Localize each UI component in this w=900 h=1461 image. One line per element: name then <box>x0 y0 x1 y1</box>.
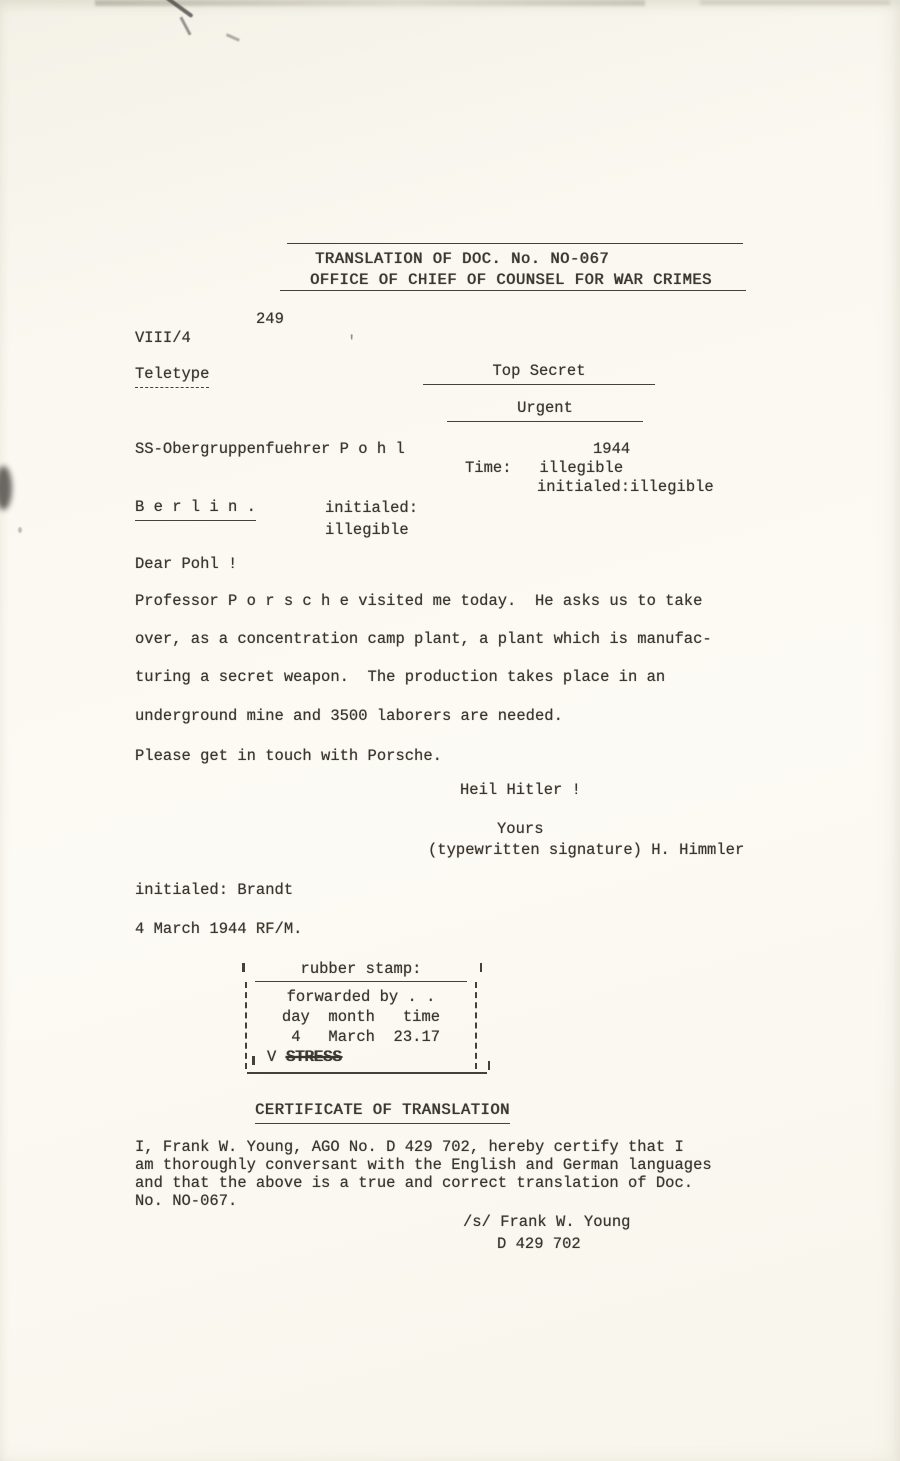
initialed-mid-label: initialed: <box>325 499 418 518</box>
stamp-values: 4 March 23.17 <box>247 1027 475 1047</box>
stamp-overstruck-word: STRESS <box>286 1048 342 1066</box>
header-doc-number: TRANSLATION OF DOC. No. NO-067 <box>315 250 609 269</box>
stamp-columns: day month time <box>247 1007 475 1027</box>
initialed-brandt: initialed: Brandt <box>135 881 293 900</box>
pencil-mark <box>179 16 191 35</box>
recipient: SS-Obergruppenfuehrer P o h l <box>135 440 405 459</box>
salutation: Dear Pohl ! <box>135 555 237 574</box>
time-line: Time: illegible <box>465 459 623 478</box>
body-line: underground mine and 3500 laborers are n… <box>135 707 563 726</box>
header-rule-top <box>287 243 743 244</box>
scanned-document-page: TRANSLATION OF DOC. No. NO-067 OFFICE OF… <box>0 0 900 1461</box>
typed-signature: (typewritten signature) H. Himmler <box>428 841 744 860</box>
stamp-overstruck-prefix: V <box>267 1048 286 1066</box>
priority-urgent: Urgent <box>447 399 643 422</box>
closing-line: Heil Hitler ! <box>460 781 581 800</box>
body-line: turing a secret weapon. The production t… <box>135 668 665 687</box>
stamp-tick <box>480 963 483 972</box>
year: 1944 <box>593 440 630 459</box>
initialed-right: initialed:illegible <box>537 478 714 497</box>
classification-top-secret: Top Secret <box>423 362 655 385</box>
paper-speck <box>18 527 22 533</box>
stray-mark: ' <box>347 333 356 352</box>
stamp-body: forwarded by . . day month time 4 March … <box>245 982 477 1069</box>
date-line: 4 March 1944 RF/M. <box>135 920 302 939</box>
certificate-line: am thoroughly conversant with the Englis… <box>135 1156 712 1175</box>
body-line: Professor P o r s c h e visited me today… <box>135 592 702 611</box>
teletype-label: Teletype <box>135 365 209 388</box>
stamp-bottom-rule <box>247 1072 487 1074</box>
page-number: 249 <box>256 310 284 329</box>
stamp-title: rubber stamp: <box>255 960 467 982</box>
certificate-title: CERTIFICATE OF TRANSLATION <box>255 1101 510 1124</box>
stamp-overstruck-line: V STRESS <box>247 1047 475 1067</box>
pencil-mark <box>226 33 240 41</box>
stamp-tick <box>252 1056 255 1065</box>
certificate-line: I, Frank W. Young, AGO No. D 429 702, he… <box>135 1138 684 1157</box>
yours-line: Yours <box>497 820 544 839</box>
stamp-tick <box>242 963 245 972</box>
body-line: Please get in touch with Porsche. <box>135 747 442 766</box>
certificate-line: No. NO-067. <box>135 1192 237 1211</box>
body-line: over, as a concentration camp plant, a p… <box>135 630 712 649</box>
header-rule-bottom <box>280 290 746 291</box>
ink-smudge <box>0 466 12 510</box>
doc-section: VIII/4 <box>135 329 191 348</box>
city-berlin: B e r l i n . <box>135 498 256 521</box>
translator-id: D 429 702 <box>497 1235 581 1254</box>
certificate-line: and that the above is a true and correct… <box>135 1174 693 1193</box>
stamp-tick <box>488 1061 491 1070</box>
paper-streak <box>700 0 890 5</box>
initialed-mid-value: illegible <box>325 521 409 540</box>
rubber-stamp-box: rubber stamp: forwarded by . . day month… <box>243 960 479 1069</box>
stamp-forwarded: forwarded by . . <box>247 987 475 1007</box>
translator-signature: /s/ Frank W. Young <box>463 1213 630 1232</box>
header-office: OFFICE OF CHIEF OF COUNSEL FOR WAR CRIME… <box>310 271 712 290</box>
